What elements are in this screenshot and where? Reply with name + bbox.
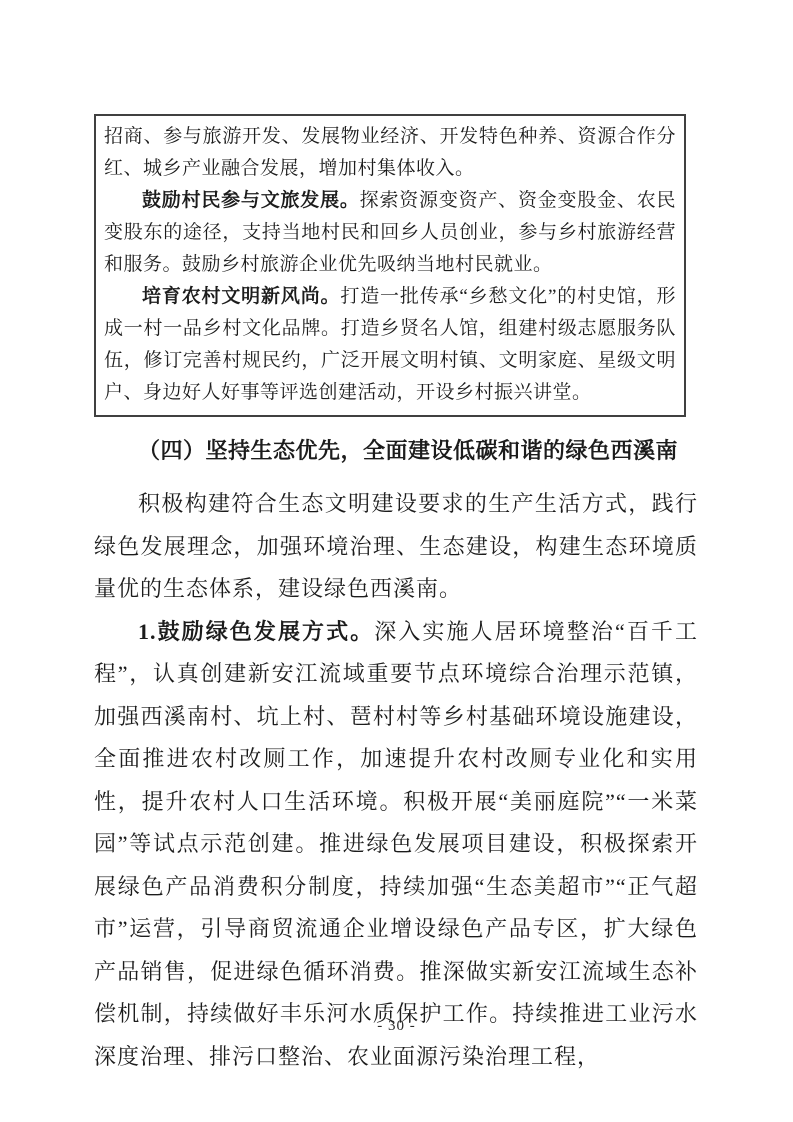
box-paragraph-civility: 培育农村文明新风尚。打造一批传承“乡愁文化”的村史馆，形成一村一品乡村文化品牌。… bbox=[104, 281, 676, 409]
body-paragraph-green-development: 1.鼓励绿色发展方式。深入实施人居环境整治“百千工程”，认真创建新安江流域重要节… bbox=[94, 611, 698, 1079]
box-paragraph-continuation: 招商、参与旅游开发、发展物业经济、开发特色种养、资源合作分红、城乡产业融合发展，… bbox=[104, 121, 676, 185]
page-number: - 30 - bbox=[0, 1018, 793, 1035]
highlight-box: 招商、参与旅游开发、发展物业经济、开发特色种养、资源合作分红、城乡产业融合发展，… bbox=[94, 114, 686, 417]
box-paragraph-text: 招商、参与旅游开发、发展物业经济、开发特色种养、资源合作分红、城乡产业融合发展，… bbox=[104, 126, 676, 179]
section-heading: （四）坚持生态优先，全面建设低碳和谐的绿色西溪南 bbox=[94, 429, 698, 473]
document-page: 招商、参与旅游开发、发展物业经济、开发特色种养、资源合作分红、城乡产业融合发展，… bbox=[0, 0, 793, 1122]
body-paragraph-lead: 1.鼓励绿色发展方式。 bbox=[138, 619, 374, 644]
box-paragraph-lead: 鼓励村民参与文旅发展。 bbox=[142, 190, 360, 211]
box-paragraph-lead: 培育农村文明新风尚。 bbox=[142, 286, 340, 307]
box-paragraph-tourism: 鼓励村民参与文旅发展。探索资源变资产、资金变股金、农民变股东的途径，支持当地村民… bbox=[104, 185, 676, 281]
body-paragraph-intro: 积极构建符合生态文明建设要求的生产生活方式，践行绿色发展理念，加强环境治理、生态… bbox=[94, 483, 698, 611]
body-paragraph-text: 积极构建符合生态文明建设要求的生产生活方式，践行绿色发展理念，加强环境治理、生态… bbox=[94, 491, 698, 601]
document-content: 招商、参与旅游开发、发展物业经济、开发特色种养、资源合作分红、城乡产业融合发展，… bbox=[94, 114, 698, 1078]
body-paragraph-text: 深入实施人居环境整治“百千工程”，认真创建新安江流域重要节点环境综合治理示范镇，… bbox=[94, 619, 698, 1069]
